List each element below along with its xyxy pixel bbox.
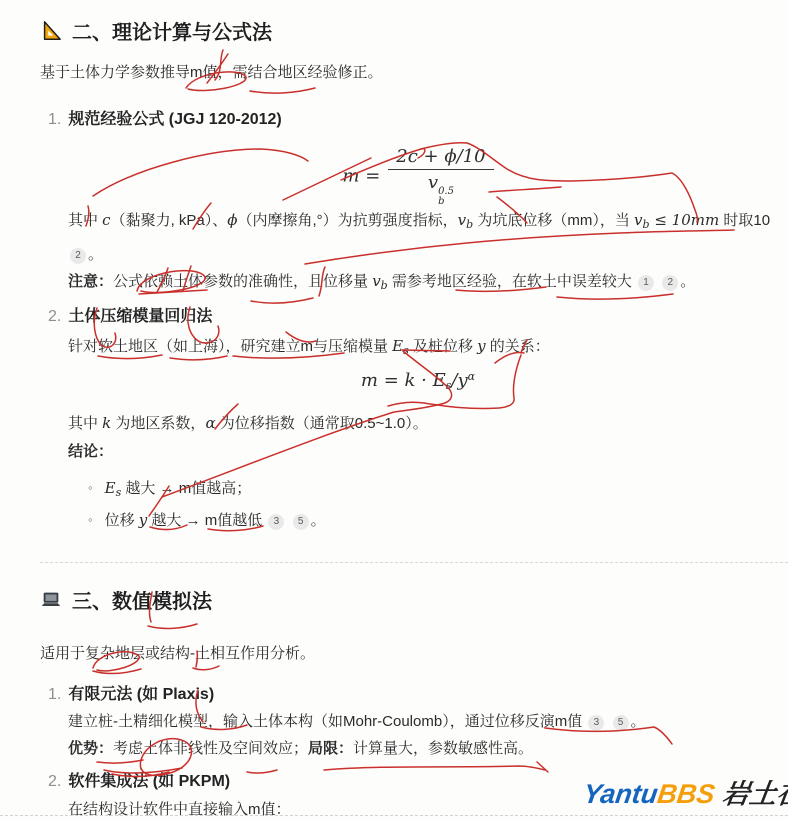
laptop-icon (40, 589, 62, 611)
triangular-ruler-icon (40, 20, 62, 42)
section-title: 二、理论计算与公式法 (72, 16, 272, 45)
red-scribble (247, 770, 277, 773)
bullet-text: Es 越大 → m值越高； (105, 476, 252, 505)
text-run: 优势： (68, 740, 113, 757)
para-coefficients: 其中 k 为地区系数，α 为位移指数（通常取0.5~1.0）。 (68, 408, 768, 439)
red-scribble (250, 88, 315, 93)
formula-regression: m = k · Es/yα (48, 370, 788, 392)
math-run: ≤ 10mm (650, 211, 720, 229)
math-run: v (458, 211, 466, 229)
text-run: 为坑底位移（mm），当 (473, 212, 634, 229)
text-run: 及桩位移 (409, 338, 477, 355)
math-run: b (643, 218, 650, 231)
watermark-yantu: Yantu (581, 779, 659, 810)
text-run: （黏聚力, kPa）、 (111, 212, 228, 229)
formula-fraction: 2c + ϕ/10v0.5b (388, 146, 493, 207)
section-divider (40, 562, 788, 563)
math-supsub: 0.5b (438, 187, 454, 207)
text-run: 位移 (105, 512, 139, 529)
citation-badge[interactable]: 1 (638, 275, 654, 291)
text-run: 针对软土地区（如上海），研究建立m与压缩模量 (68, 338, 392, 355)
citation-badge[interactable]: 3 (588, 715, 604, 731)
text-run: 公式依赖土体参数的准确性，且位移量 (113, 273, 372, 290)
item-title-fem: 1.有限元法 (如 Plaxis) (48, 681, 214, 704)
list-item: ◦ 位移 y 越大 → m值越低 3 5。 (88, 508, 728, 533)
text-run: 需参考地区经验，在软土中误差较大 (388, 273, 636, 290)
section-heading-theory: 二、理论计算与公式法 (40, 16, 272, 45)
para-formula-explain: 其中 c（黏聚力, kPa）、ϕ（内摩擦角,°）为抗剪强度指标，vb 为坑底位移… (68, 205, 786, 270)
text-run (286, 512, 290, 529)
item-title-text: 软件集成法 (如 PKPM) (68, 773, 230, 790)
bullet-text: 位移 y 越大 → m值越低 3 5。 (105, 508, 326, 533)
math-run: α (468, 370, 475, 383)
item-title-software: 2.软件集成法 (如 PKPM) (48, 768, 230, 791)
item-title-text: 规范经验公式 (JGJ 120-2012) (68, 111, 281, 128)
math-run: m = (342, 166, 380, 187)
para-fem: 建立桩-土精细化模型，输入土体本构（如Mohr-Coulomb），通过位移反演m… (68, 707, 780, 737)
bullet-marker: ◦ (88, 476, 93, 505)
math-run: m = k · E (361, 370, 446, 391)
math-run: v (428, 172, 438, 193)
section-intro: 基于土体力学参数推导m值，需结合地区经验修正。 (40, 58, 788, 88)
text-run: 建立桩-土精细化模型，输入土体本构（如Mohr-Coulomb），通过位移反演m… (68, 713, 586, 730)
math-run: c (102, 211, 110, 229)
fraction-numerator: 2c + ϕ/10 (388, 146, 493, 170)
section-title: 三、数值模拟法 (72, 585, 212, 614)
text-run: 局限： (308, 740, 353, 757)
item-title-text: 有限元法 (如 Plaxis) (68, 686, 214, 703)
watermark-cn: 岩土在线 (720, 772, 788, 811)
text-run: 。 (631, 713, 646, 730)
text-run: 考虑土体非线性及空间效应； (113, 740, 308, 757)
math-run: 2c + ϕ/10 (396, 146, 485, 167)
text-run: 基于土体力学参数推导m值，需结合地区经验修正。 (40, 64, 383, 81)
text-run: 越大 → m值越高； (121, 480, 251, 497)
citation-badge[interactable]: 3 (268, 514, 284, 530)
text-run (656, 273, 660, 290)
para-note: 注意：公式依赖土体参数的准确性，且位移量 vb 需参考地区经验，在软土中误差较大… (68, 266, 768, 301)
watermark: YantuBBS岩土在线 (581, 772, 788, 811)
math-run: y (477, 337, 485, 355)
text-run: 其中 (68, 415, 102, 432)
text-run: 。 (88, 246, 103, 263)
fraction-denominator: v0.5b (388, 170, 493, 207)
citation-badge[interactable]: 2 (70, 248, 86, 264)
item-title-empirical-formula: 1.规范经验公式 (JGJ 120-2012) (48, 106, 282, 129)
watermark-bbs: BBS (655, 779, 716, 810)
math-run: v (372, 272, 380, 290)
math-run: /y (451, 370, 467, 391)
list-item: ◦ Es 越大 → m值越高； (88, 476, 728, 505)
item-number: 1. (48, 111, 61, 128)
formula-empirical: m =2c + ϕ/10v0.5b (48, 146, 788, 207)
text-run: 为地区系数， (111, 415, 205, 432)
para-pros-cons: 优势：考虑土体非线性及空间效应；局限：计算量大，参数敏感性高。 (68, 734, 768, 764)
bullet-marker: ◦ (88, 508, 93, 533)
item-title-text: 土体压缩模量回归法 (68, 308, 212, 325)
text-run: 适用于复杂地层或结构-土相互作用分析。 (40, 645, 315, 662)
citation-badge[interactable]: 5 (293, 514, 309, 530)
para-regression-intro: 针对软土地区（如上海），研究建立m与压缩模量 Es 及桩位移 y 的关系： (68, 331, 768, 366)
text-run (606, 713, 610, 730)
math-run: b (381, 279, 388, 292)
text-run: 。 (311, 512, 326, 529)
text-run: 的关系： (486, 338, 550, 355)
formula-lhs: m = (342, 166, 380, 187)
text-run: 时取10 (719, 212, 770, 229)
math-run: y (139, 511, 147, 529)
math-run: E (105, 479, 116, 497)
text-run: 注意： (68, 273, 113, 290)
text-run: 计算量大，参数敏感性高。 (353, 740, 533, 757)
text-run: 越大 → m值越低 (147, 512, 266, 529)
text-run: 为位移指数（通常取0.5~1.0）。 (216, 415, 428, 432)
bottom-divider (0, 815, 788, 816)
text-run: 其中 (68, 212, 102, 229)
math-run: α (205, 414, 215, 432)
item-title-regression-method: 2.土体压缩模量回归法 (48, 303, 212, 326)
math-run: E (392, 337, 403, 355)
text-run: （内摩擦角,°）为抗剪强度指标， (238, 212, 458, 229)
text-run: 。 (680, 273, 695, 290)
item-number: 2. (48, 773, 61, 790)
document-page: 二、理论计算与公式法 基于土体力学参数推导m值，需结合地区经验修正。 1.规范经… (0, 0, 788, 819)
citation-badge[interactable]: 5 (613, 715, 629, 731)
math-run: k (102, 414, 111, 432)
citation-badge[interactable]: 2 (662, 275, 678, 291)
item-number: 2. (48, 308, 61, 325)
conclusion-label: 结论： (68, 437, 113, 467)
math-run: ϕ (227, 211, 237, 229)
item-number: 1. (48, 686, 61, 703)
section-intro: 适用于复杂地层或结构-土相互作用分析。 (40, 639, 780, 669)
math-run: v (634, 211, 642, 229)
section-heading-numerical: 三、数值模拟法 (40, 585, 212, 614)
